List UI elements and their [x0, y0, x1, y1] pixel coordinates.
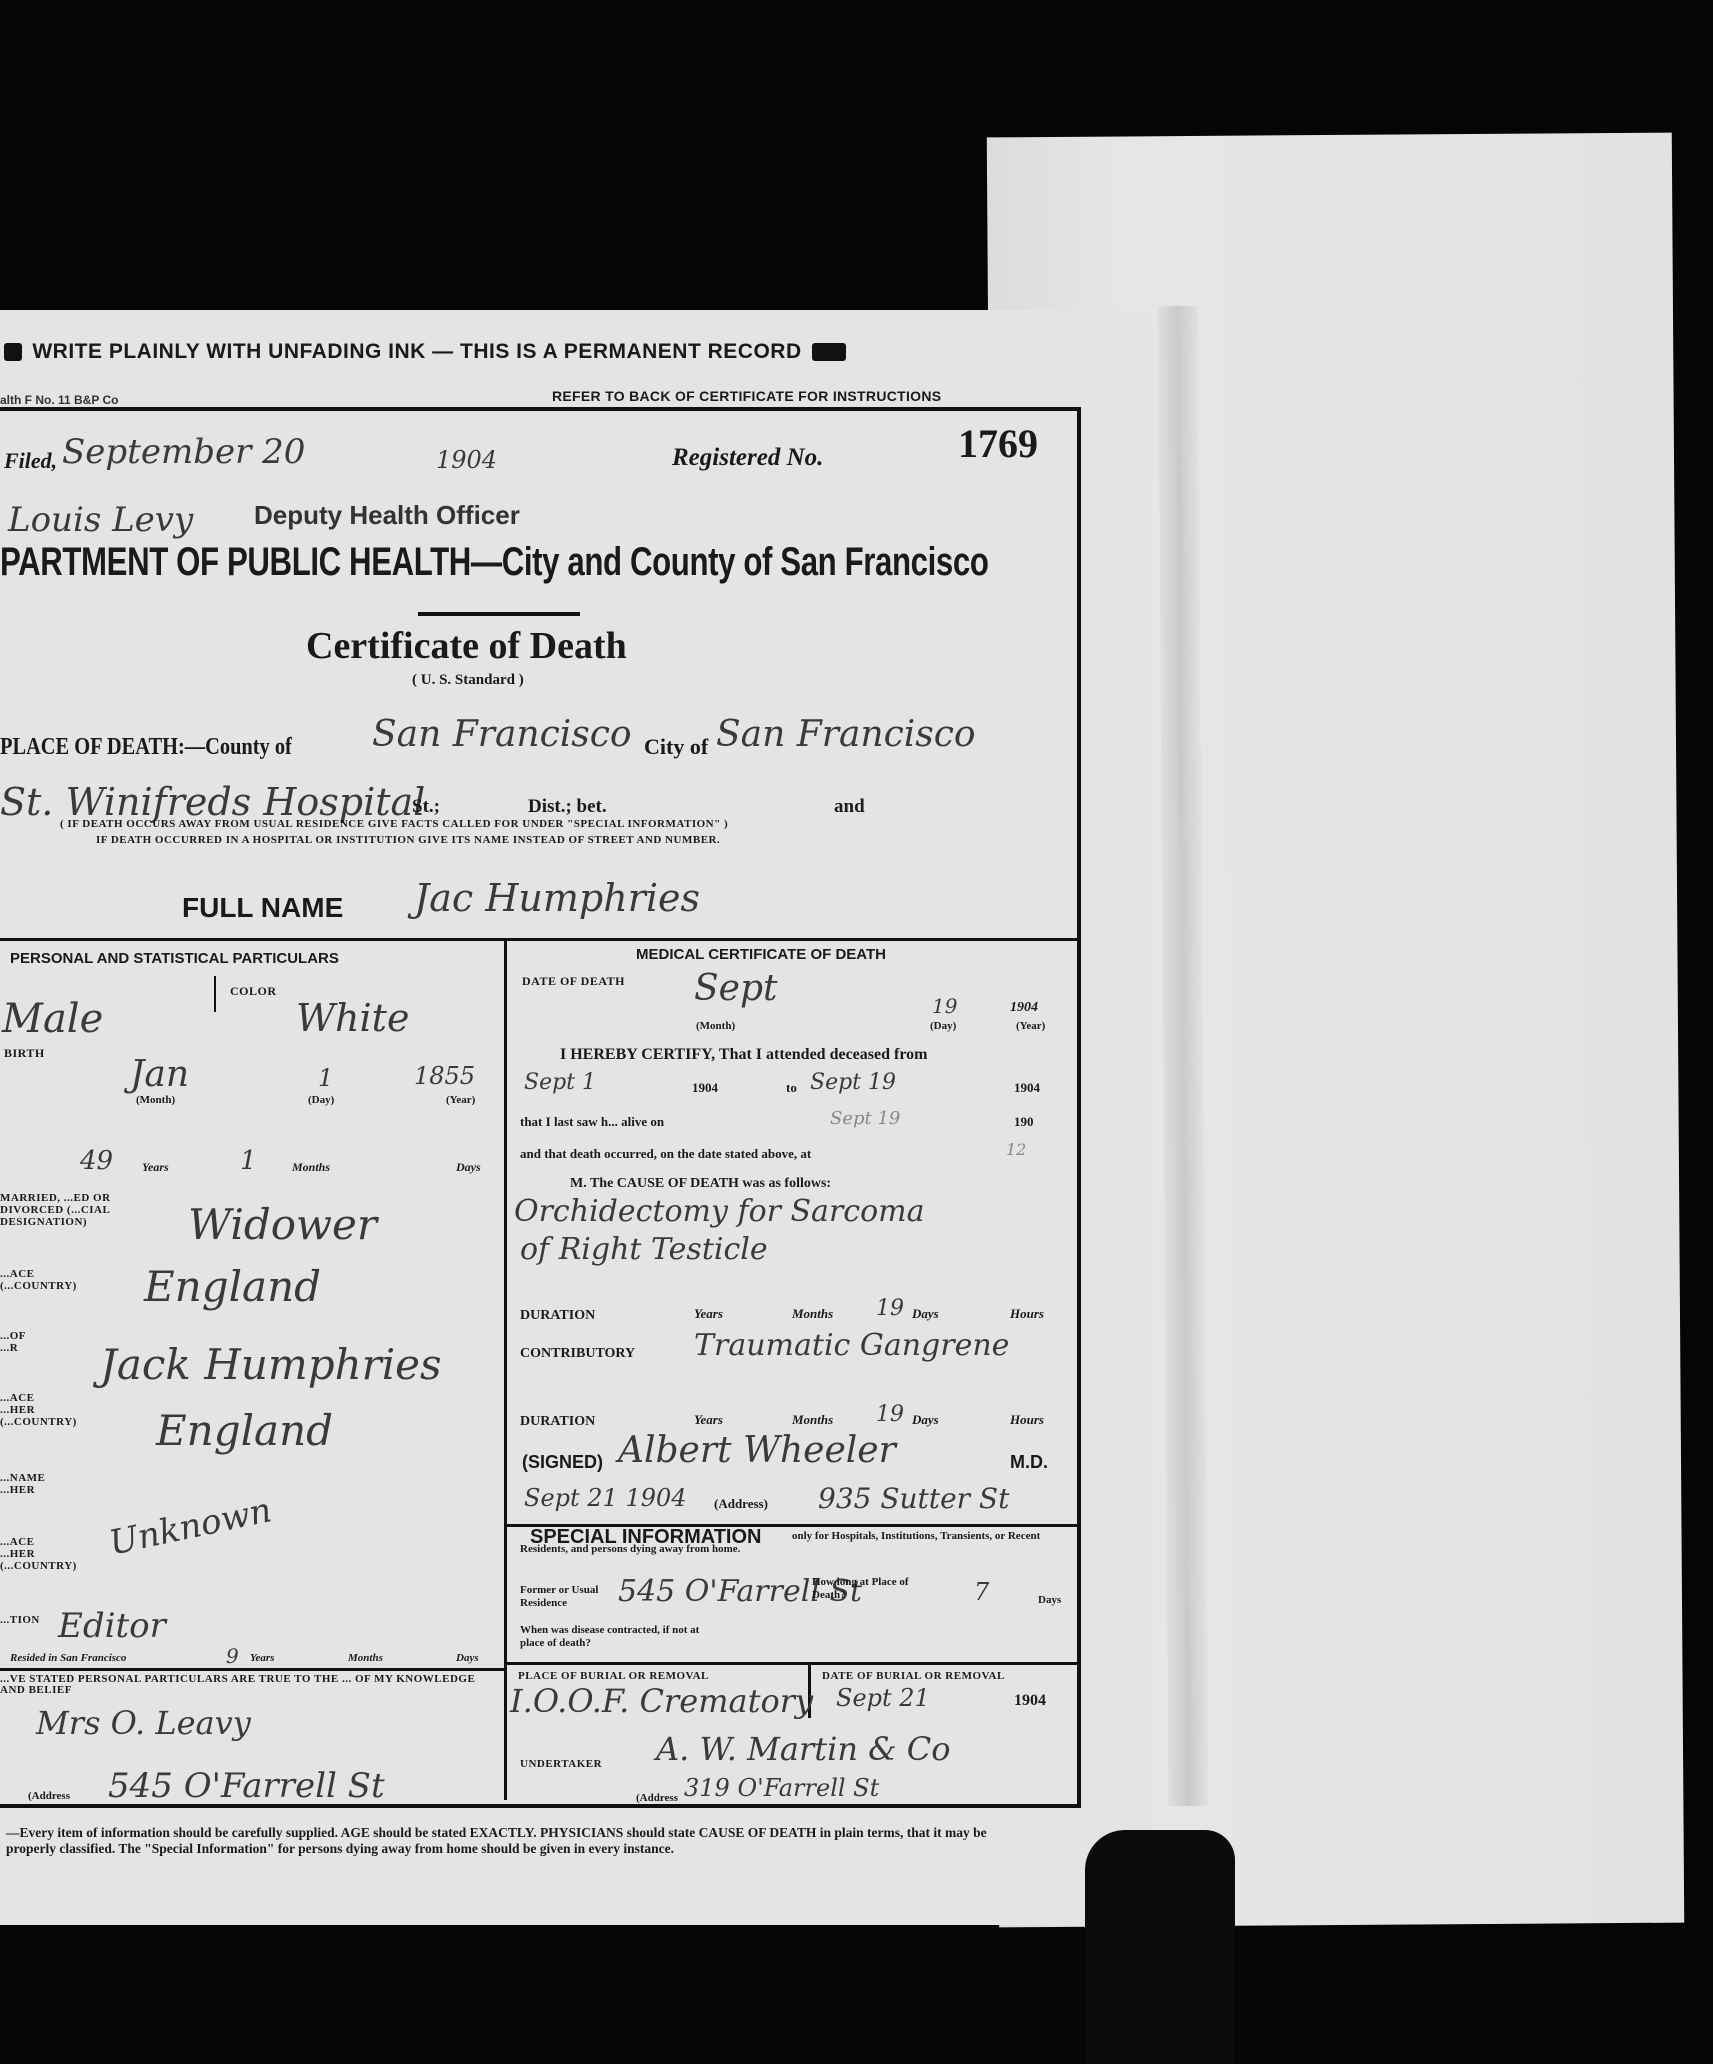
- cause-label: M. The CAUSE OF DEATH was as follows:: [570, 1176, 831, 1192]
- place-of-death-label: PLACE OF DEATH:—County of: [0, 734, 292, 761]
- registered-number: 1769: [958, 420, 1038, 467]
- month-label: (Month): [696, 1020, 735, 1032]
- and-label: and: [834, 796, 865, 818]
- signed-label: (SIGNED): [522, 1452, 603, 1473]
- duration-2-days: 19: [876, 1402, 904, 1427]
- residence-note-2: IF DEATH OCCURRED IN A HOSPITAL OR INSTI…: [96, 834, 720, 846]
- section-divider: [0, 938, 1077, 941]
- death-time: 12: [1006, 1140, 1026, 1159]
- department-heading: PARTMENT OF PUBLIC HEALTH—City and Count…: [0, 540, 989, 585]
- former-residence-label: Former or Usual Residence: [520, 1584, 600, 1610]
- occupation-label: ...TION: [0, 1614, 40, 1626]
- resided-months-label: Months: [348, 1652, 383, 1664]
- birth-month: Jan: [130, 1054, 189, 1095]
- hours-label: Hours: [1010, 1306, 1044, 1322]
- marital-value: Widower: [188, 1200, 377, 1249]
- city-label: City of: [644, 734, 708, 760]
- physician-signature: Albert Wheeler: [618, 1430, 896, 1471]
- page-fold: [1158, 306, 1208, 1806]
- death-occurred-label: and that death occurred, on the date sta…: [520, 1146, 811, 1162]
- death-month: Sept: [694, 968, 777, 1009]
- age-months-label: Months: [292, 1160, 330, 1175]
- months-label: Months: [792, 1306, 833, 1322]
- district-label: Dist.; bet.: [528, 796, 607, 818]
- last-saw-value: Sept 19: [830, 1108, 900, 1129]
- cause-line-1: Orchidectomy for Sarcoma: [514, 1194, 924, 1229]
- md-label: M.D.: [1010, 1452, 1048, 1473]
- father-birthplace-value: England: [156, 1406, 333, 1455]
- duration-label: DURATION: [520, 1308, 595, 1324]
- burial-date-value: Sept 21: [836, 1684, 930, 1712]
- resided-years: 9: [226, 1644, 239, 1668]
- full-name-label: FULL NAME: [182, 892, 343, 924]
- father-name: Jack Humphries: [100, 1340, 442, 1389]
- months-label-2: Months: [792, 1412, 833, 1428]
- days-label-2: Days: [912, 1412, 939, 1428]
- undertaker-label: UNDERTAKER: [520, 1758, 602, 1770]
- birthplace-value: England: [144, 1262, 321, 1311]
- holding-thumb: [1085, 1830, 1235, 2064]
- cause-line-2: of Right Testicle: [520, 1232, 768, 1267]
- burial-year-value: 1904: [1014, 1692, 1046, 1710]
- attended-to: Sept 19: [810, 1070, 896, 1095]
- certify-text: I HEREBY CERTIFY, That I attended deceas…: [560, 1046, 927, 1064]
- how-long-label: How long at Place of Death?: [812, 1576, 912, 1602]
- color-value: White: [296, 996, 409, 1040]
- street-label: St.;: [412, 796, 440, 818]
- registered-label: Registered No.: [672, 444, 823, 472]
- sex-value: Male: [2, 996, 103, 1042]
- officer-signature: Louis Levy: [8, 500, 193, 540]
- month-label: (Month): [136, 1094, 175, 1106]
- divider: [214, 976, 216, 1012]
- duration-label-2: DURATION: [520, 1414, 595, 1430]
- marital-label: MARRIED, ...ED OR DIVORCED (...cial desi…: [0, 1192, 150, 1228]
- attended-from: Sept 1: [524, 1070, 596, 1095]
- medical-heading: MEDICAL CERTIFICATE OF DEATH: [636, 946, 886, 963]
- last-saw-year: 190: [1014, 1114, 1034, 1130]
- age-days-label: Days: [456, 1160, 481, 1175]
- father-label: ...OF ...R: [0, 1330, 40, 1354]
- pointing-hand-icon: [4, 343, 22, 361]
- birthplace-label: ...ACE (...Country): [0, 1268, 60, 1292]
- year-label: (Year): [446, 1094, 475, 1106]
- death-day: 19: [932, 994, 957, 1018]
- color-label: COLOR: [230, 984, 277, 999]
- undertaker-address: 319 O'Farrell St: [684, 1774, 879, 1802]
- death-year: 1904: [1010, 1000, 1038, 1016]
- contributory-label: CONTRIBUTORY: [520, 1346, 635, 1362]
- city-value: San Francisco: [716, 714, 976, 755]
- age-years-label: Years: [142, 1160, 169, 1175]
- undertaker-value: A. W. Martin & Co: [656, 1730, 951, 1768]
- full-name-value: Jac Humphries: [414, 876, 700, 920]
- burial-date-label: DATE of BURIAL or REMOVAL: [822, 1670, 1005, 1682]
- permanent-record-banner: WRITE PLAINLY WITH UNFADING INK — THIS I…: [0, 340, 1060, 364]
- section-divider: [506, 1662, 1077, 1665]
- physician-address: 935 Sutter St: [818, 1482, 1009, 1515]
- contributory-value: Traumatic Gangrene: [694, 1328, 1009, 1363]
- attended-to-year: 1904: [1014, 1080, 1040, 1096]
- filed-label: Filed,: [4, 448, 57, 474]
- informant-statement: ...VE STATED PERSONAL PARTICULARS ARE TR…: [0, 1674, 496, 1696]
- years-label: Years: [694, 1306, 723, 1322]
- resided-years-label: Years: [250, 1652, 274, 1664]
- officer-title: Deputy Health Officer: [254, 500, 520, 531]
- certificate-title: Certificate of Death: [306, 624, 627, 668]
- attended-from-year: 1904: [692, 1080, 718, 1096]
- form-id: alth F No. 11 B&P Co: [0, 393, 118, 407]
- how-long-days-label: Days: [1038, 1594, 1061, 1606]
- father-birthplace-label: ...ACE ...HER (...Country): [0, 1392, 60, 1428]
- day-label: (Day): [308, 1094, 334, 1106]
- duration-1-days: 19: [876, 1296, 904, 1321]
- personal-heading: PERSONAL AND STATISTICAL PARTICULARS: [10, 950, 339, 967]
- pointing-hand-icon: [812, 343, 846, 361]
- age-months: 1: [240, 1146, 257, 1176]
- informant-address: 545 O'Farrell St: [108, 1766, 385, 1806]
- mother-name-label: ...NAME ...HER: [0, 1472, 60, 1496]
- informant-value: Mrs O. Leavy: [36, 1704, 251, 1742]
- section-divider: [0, 1668, 504, 1671]
- day-label: (Day): [930, 1020, 956, 1032]
- refer-to-back-note: REFER TO BACK OF CERTIFICATE FOR INSTRUC…: [552, 388, 941, 404]
- year-label: (Year): [1016, 1020, 1045, 1032]
- special-info-note: only for Hospitals, Institutions, Transi…: [520, 1530, 1070, 1556]
- divider: [418, 612, 580, 616]
- resided-days-label: Days: [456, 1652, 479, 1664]
- informant-address-label: (Address: [28, 1790, 70, 1802]
- date-of-death-label: DATE OF DEATH: [522, 974, 625, 989]
- mother-birthplace-label: ...ACE ...HER (...Country): [0, 1536, 60, 1572]
- signed-date: Sept 21 1904: [524, 1484, 687, 1512]
- burial-place-label: PLACE OF BURIAL OR REMOVAL: [518, 1670, 709, 1682]
- county-value: San Francisco: [372, 714, 632, 755]
- birth-year: 1855: [414, 1062, 475, 1090]
- instructions-footnote: —Every item of information should be car…: [6, 1825, 1006, 1857]
- burial-place-value: I.O.O.F. Crematory: [510, 1682, 813, 1720]
- resided-label: Resided in San Francisco: [10, 1652, 126, 1664]
- occupation-value: Editor: [58, 1606, 166, 1646]
- years-label-2: Years: [694, 1412, 723, 1428]
- days-label: Days: [912, 1306, 939, 1322]
- undertaker-address-label: (Address: [636, 1792, 678, 1804]
- age-years: 49: [80, 1146, 113, 1176]
- contracted-label: When was disease contracted, if not at p…: [520, 1624, 710, 1650]
- banner-text: WRITE PLAINLY WITH UNFADING INK — THIS I…: [32, 340, 801, 363]
- column-divider: [504, 938, 507, 1800]
- hours-label-2: Hours: [1010, 1412, 1044, 1428]
- to-label: to: [786, 1080, 797, 1096]
- how-long-value: 7: [974, 1578, 989, 1606]
- certificate-subtitle: ( U. S. Standard ): [412, 672, 524, 689]
- filed-date: September 20: [62, 432, 305, 472]
- address-label: (Address): [714, 1496, 768, 1512]
- residence-note-1: ( IF DEATH OCCURS AWAY FROM USUAL RESIDE…: [60, 818, 728, 830]
- birth-label: BIRTH: [4, 1046, 45, 1061]
- filed-year: 1904: [436, 446, 497, 474]
- last-saw-label: that I last saw h... alive on: [520, 1114, 664, 1130]
- birth-day: 1: [318, 1064, 333, 1092]
